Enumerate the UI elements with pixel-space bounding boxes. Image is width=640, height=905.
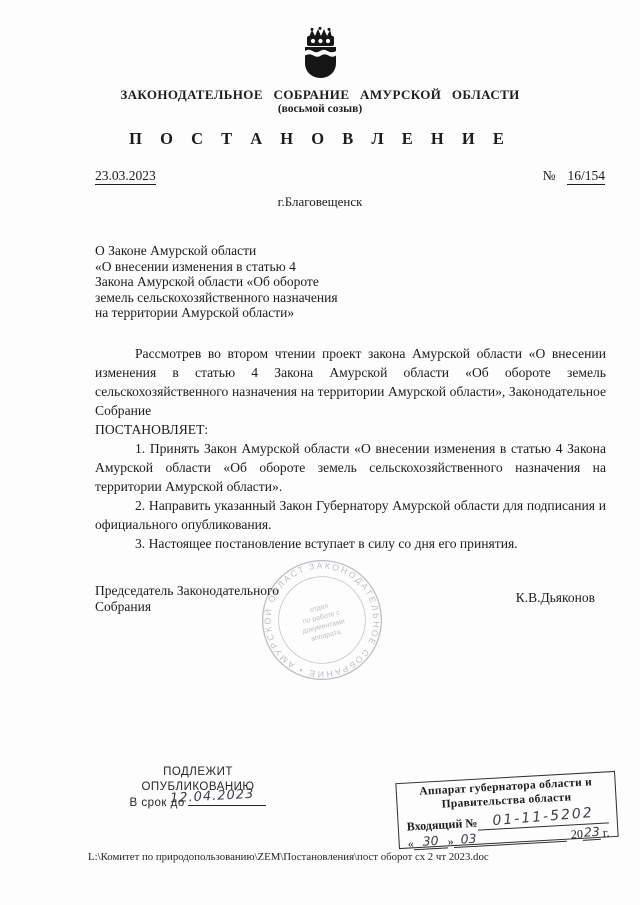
resolves-line: ПОСТАНОВЛЯЕТ: [95,420,606,439]
title-line: Закона Амурской области «Об обороте [95,274,445,290]
publication-stamp: ПОДЛЕЖИТ ОПУБЛИКОВАНИЮ В срок до 12.04.2… [108,765,288,811]
signer-name: К.В.Дьяконов [516,590,595,606]
date-number-row: 23.03.2023 № 16/154 [95,168,605,185]
preamble-paragraph: Рассмотрев во втором чтении проект закон… [95,344,606,420]
signer-position-line2: Собрания [95,599,279,615]
title-line: «О внесении изменения в статью 4 [95,259,445,275]
document-type-title: П О С Т А Н О В Л Е Н И Е [0,129,640,149]
document-title: О Законе Амурской области «О внесении из… [95,243,445,321]
document-body: Рассмотрев во втором чтении проект закон… [95,344,606,553]
convocation: (восьмой созыв) [0,103,640,115]
signer-position: Председатель Законодательного Собрания [95,583,279,615]
document-date: 23.03.2023 [95,168,156,185]
year-blank: 23 [582,824,601,840]
handwritten-month: 03 [460,830,477,846]
signer-position-line1: Председатель Законодательного [95,583,279,599]
round-seal-stamp: ЗАКОНОДАТЕЛЬНОЕ СОБРАНИЕ • АМУРСКОЙ ОБЛА… [242,540,402,700]
number-sign: № [543,168,556,185]
resolution-item-2: 2. Направить указанный Закон Губернатору… [95,496,606,534]
month-blank: 03 [453,831,484,848]
year-prefix: 20 [571,827,584,841]
file-path-footer: L:\Комитет по природопользованию\ZEM\Пос… [88,851,489,863]
city-line: г.Благовещенск [0,194,640,210]
empty-blank-line [484,841,567,847]
year-suffix: г. [602,826,609,840]
handwritten-year: 23 [583,823,600,839]
incoming-registration-stamp: Аппарат губернатора области и Правительс… [395,771,618,849]
document-number: 16/154 [567,168,605,185]
day-blank: 30 [413,833,448,850]
title-line: О Законе Амурской области [95,243,445,259]
handwritten-day: 30 [422,832,439,848]
org-name: ЗАКОНОДАТЕЛЬНОЕ СОБРАНИЕ АМУРСКОЙ ОБЛАСТ… [0,87,640,103]
emblem-container [0,26,640,85]
document-page: ЗАКОНОДАТЕЛЬНОЕ СОБРАНИЕ АМУРСКОЙ ОБЛАСТ… [0,0,640,905]
title-line: земель сельскохозяйственного назначения [95,290,445,306]
title-line: на территории Амурской области» [95,305,445,321]
amur-coat-of-arms-icon [300,26,340,80]
publication-stamp-line1: ПОДЛЕЖИТ [108,765,288,780]
resolution-item-1: 1. Принять Закон Амурской области «О вне… [95,439,606,496]
